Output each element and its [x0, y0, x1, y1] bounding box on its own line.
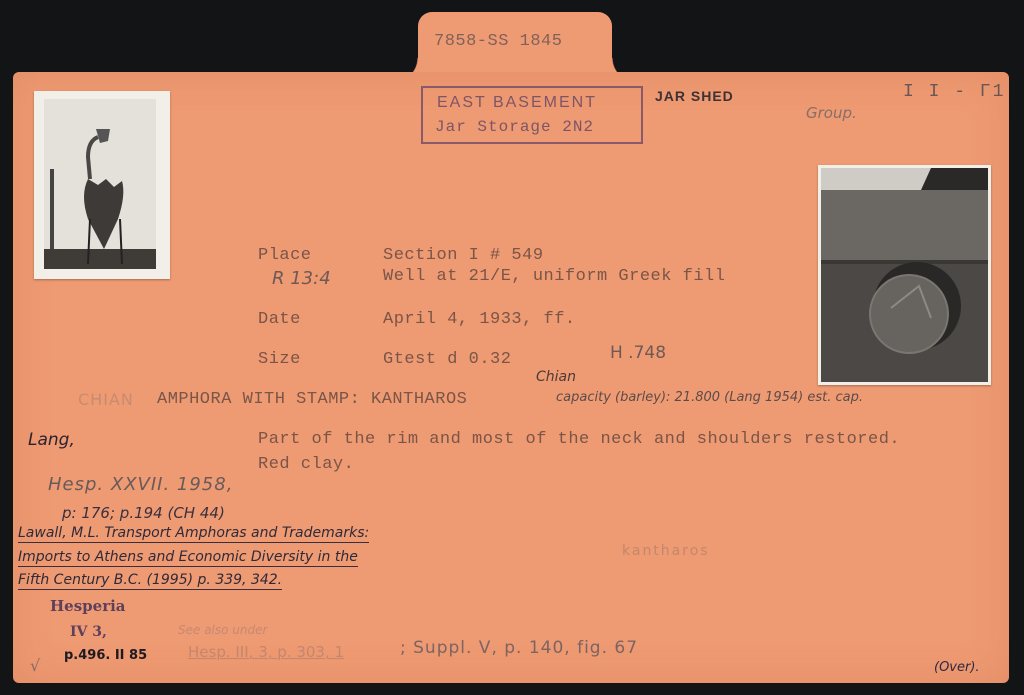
size-label: Size	[258, 350, 301, 369]
location-stamp: EAST BASEMENT Jar Storage 2N2	[421, 86, 643, 144]
lang-reference: Lang,	[28, 430, 75, 450]
corner-codes: I I - Γ1	[903, 82, 1005, 102]
jar-shed-stamp: JAR SHED	[655, 88, 734, 104]
stamp-line-2: Jar Storage 2N2	[435, 118, 594, 136]
hesperia-volume: IV 3,	[70, 624, 107, 640]
chian-note: Chian	[536, 369, 576, 385]
supplement-reference: ; Suppl. V, p. 140, fig. 67	[400, 638, 638, 658]
see-also-hesperia: Hesp. III, 3, p. 303, 1	[188, 643, 344, 661]
date-label: Date	[258, 310, 301, 329]
description-line-2: Red clay.	[258, 455, 354, 474]
kantharos-note: kantharos	[622, 543, 710, 559]
size-value: Gtest d 0.32	[383, 350, 511, 369]
hesperia-pages: p: 176; p.194 (CH 44)	[62, 504, 225, 522]
see-also-label: See also under	[178, 623, 267, 637]
place-pencil-note: R 13:4	[272, 268, 331, 289]
place-value-section: Section I # 549	[383, 246, 544, 265]
amphora-image-icon	[44, 99, 156, 269]
hesperia-page: p.496. II 85	[64, 648, 147, 663]
height-pencil-note: H .748	[610, 343, 666, 363]
group-note: Group.	[806, 104, 857, 122]
catalog-number: 7858-SS 1845	[434, 32, 562, 51]
stamp-closeup-photo	[818, 165, 991, 385]
object-title: AMPHORA WITH STAMP: KANTHAROS	[157, 390, 467, 409]
stamp-impression-image-icon	[821, 168, 988, 382]
hesperia-label: Hesperia	[50, 597, 126, 615]
date-value: April 4, 1933, ff.	[383, 310, 576, 329]
place-value-context: Well at 21/E, uniform Greek fill	[383, 267, 725, 286]
amphora-photo	[34, 91, 170, 279]
capacity-note: capacity (barley): 21.800 (Lang 1954) es…	[556, 390, 863, 405]
hesperia-xxvii-reference: Hesp. XXVII. 1958,	[48, 474, 233, 495]
place-label: Place	[258, 246, 312, 265]
lawall-reference-line-3: Fifth Century B.C. (1995) p. 339, 342.	[18, 572, 282, 590]
description-line-1: Part of the rim and most of the neck and…	[258, 430, 900, 449]
lawall-reference-line-2: Imports to Athens and Economic Diversity…	[18, 549, 358, 567]
over-note: (Over).	[934, 660, 980, 675]
chian-prefix-note: CHIAN	[78, 390, 134, 409]
checkmark-icon: √	[30, 656, 40, 675]
lawall-reference-line-1: Lawall, M.L. Transport Amphoras and Trad…	[18, 525, 369, 543]
stamp-line-1: EAST BASEMENT	[437, 94, 597, 112]
